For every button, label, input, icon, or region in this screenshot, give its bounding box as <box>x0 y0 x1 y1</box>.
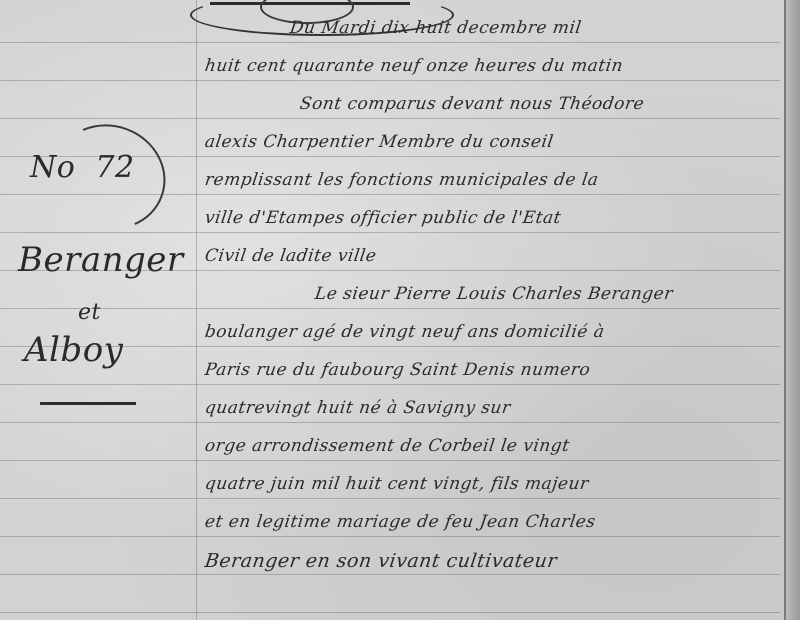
margin-groom-surname: Beranger <box>18 240 184 280</box>
ruled-line <box>0 574 780 575</box>
record-number-label: No <box>30 150 75 185</box>
body-line: Le sieur Pierre Louis Charles Beranger <box>314 284 675 304</box>
body-line: huit cent quarante neuf onze heures du m… <box>204 56 625 76</box>
ruled-line <box>0 422 780 423</box>
ruled-line <box>0 612 780 613</box>
record-number-value: 72 <box>95 150 134 185</box>
margin-conjunction: et <box>78 300 101 325</box>
body-line: quatre juin mil huit cent vingt, fils ma… <box>204 474 590 494</box>
record-number: No 72 <box>30 150 135 185</box>
margin-rule <box>196 0 197 620</box>
body-line: remplissant les fonctions municipales de… <box>204 170 600 190</box>
page-binding-edge <box>784 0 800 620</box>
document-page: No 72 Beranger et Alboy Du Mardi dix hui… <box>0 0 800 620</box>
body-line: boulanger agé de vingt neuf ans domicili… <box>204 322 606 342</box>
body-line: ville d'Etampes officier public de l'Eta… <box>204 208 563 228</box>
ruled-line <box>0 308 780 309</box>
ruled-line <box>0 232 780 233</box>
body-line: Paris rue du faubourg Saint Denis numero <box>204 360 592 380</box>
ruled-line <box>0 384 780 385</box>
ruled-line <box>0 118 780 119</box>
body-line: Civil de ladite ville <box>204 246 378 266</box>
ruled-line <box>0 80 780 81</box>
ruled-line <box>0 536 780 537</box>
body-line: Beranger en son vivant cultivateur <box>203 550 558 572</box>
margin-bride-surname: Alboy <box>24 330 123 370</box>
body-line: Du Mardi dix huit decembre mil <box>289 18 583 38</box>
margin-underline <box>40 402 136 405</box>
body-line: et en legitime mariage de feu Jean Charl… <box>204 512 597 532</box>
ruled-line <box>0 498 780 499</box>
body-line: alexis Charpentier Membre du conseil <box>204 132 555 152</box>
ruled-line <box>0 460 780 461</box>
body-line: Sont comparus devant nous Théodore <box>299 94 646 114</box>
body-line: orge arrondissement de Corbeil le vingt <box>204 436 571 456</box>
body-line: quatrevingt huit né à Savigny sur <box>204 398 512 418</box>
ruled-line <box>0 42 780 43</box>
